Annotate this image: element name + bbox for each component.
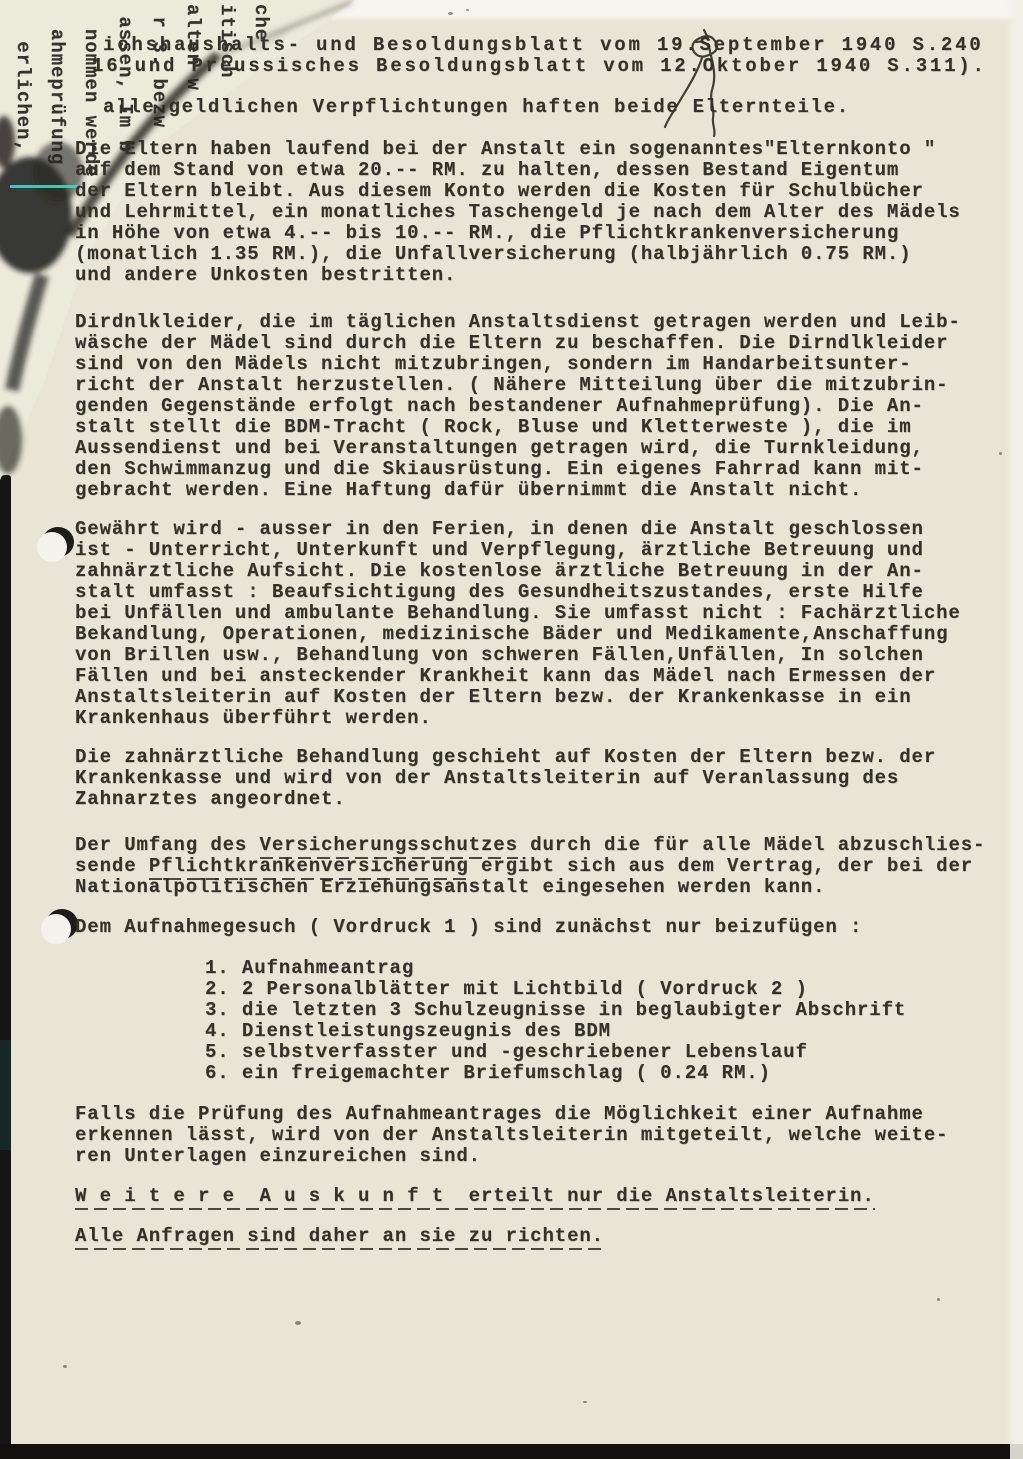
paper-speck — [999, 452, 1002, 455]
text-line: ist - Unterricht, Unterkunft und Verpfle… — [75, 540, 961, 561]
text-line: Der Umfang des Versicherungsschutzes dur… — [75, 835, 985, 856]
text-line: gebracht werden. Eine Haftung dafür über… — [75, 480, 961, 501]
list-item: 5. selbstverfasster und -geschriebener L… — [205, 1042, 906, 1063]
text-line: Alle Anfragen sind daher an sie zu richt… — [75, 1226, 604, 1247]
text-line: sind von den Mädels nicht mitzubringen, … — [75, 354, 961, 375]
paragraph-elternkonto: Die Eltern haben laufend bei der Anstalt… — [75, 139, 961, 286]
text-line: erkennen lässt, wird von der Anstaltslei… — [75, 1125, 948, 1146]
text-line: Bekandlung, Operationen, medizinische Bä… — [75, 624, 961, 645]
underlined-sentence: Alle Anfragen sind daher an sie zu richt… — [75, 1225, 604, 1250]
paragraph-zahnarzt: Die zahnärztliche Behandlung geschieht a… — [75, 747, 936, 810]
text-segment: sende — [75, 855, 149, 877]
text-line: genden Gegenstände erfolgt nach bestande… — [75, 396, 961, 417]
closing-auskunft: W e i t e r e A u s k u n f t erteilt nu… — [75, 1186, 875, 1207]
text-line: zahnärztliche Aufsicht. Die kostenlose ä… — [75, 561, 961, 582]
list-item: 2. 2 Personalblätter mit Lichtbild ( Vor… — [205, 979, 906, 1000]
teal-scan-artifact — [10, 185, 78, 188]
paper-speck — [583, 1401, 587, 1403]
text-line: Die zahnärztliche Behandlung geschieht a… — [75, 747, 936, 768]
text-line: Krankenhaus überführt werden. — [75, 708, 961, 729]
list-item: 1. Aufnahmeantrag — [205, 958, 906, 979]
text-line: Anstaltsleiterin auf Kosten der Eltern b… — [75, 687, 961, 708]
paper-speck — [295, 1321, 301, 1325]
text-line: W e i t e r e A u s k u n f t erteilt nu… — [75, 1186, 875, 1207]
text-segment: Der Umfang des — [75, 834, 260, 856]
punch-hole — [41, 914, 71, 944]
text-line: (monatlich 1.35 RM.), die Unfallversiche… — [75, 244, 961, 265]
text-line: und andere Unkosten bestritten. — [75, 265, 961, 286]
text-line: richt der Anstalt herzustellen. ( Nähere… — [75, 375, 961, 396]
closing-anfragen: Alle Anfragen sind daher an sie zu richt… — [75, 1226, 604, 1247]
text-line: ren Unterlagen einzureichen sind. — [75, 1146, 948, 1167]
paper-speck — [448, 12, 453, 15]
underlined-sentence: W e i t e r e A u s k u n f t erteilt nu… — [75, 1185, 875, 1210]
scan-edge-bottom — [0, 1444, 1010, 1459]
scan-edge-right — [1006, 0, 1023, 1459]
text-line: wäsche der Mädel sind durch die Eltern z… — [75, 333, 961, 354]
text-line: von Brillen usw., Behandlung von schwere… — [75, 645, 961, 666]
aufnahme-intro: Dem Aufnahmegesuch ( Vordruck 1 ) sind z… — [75, 917, 862, 938]
text-line: bei Unfällen und ambulante Behandlung. S… — [75, 603, 961, 624]
scan-edge-top-band — [332, 0, 1023, 22]
scan-corner-bottom-right — [1010, 1444, 1023, 1459]
fold-fragment: erlichen, — [6, 4, 40, 504]
liability-line: alle geldlichen Verpflichtungen haften b… — [75, 97, 850, 118]
aufnahme-list: 1. Aufnahmeantrag 2. 2 Personalblätter m… — [205, 958, 906, 1084]
text-line: ichshaushalts- und Besoldungsblatt vom 1… — [75, 35, 987, 56]
text-line: Die Eltern haben laufend bei der Anstalt… — [75, 139, 961, 160]
text-line: Nationalpolitischen Erziehungsanstalt ei… — [75, 877, 985, 898]
text-line: auf dem Stand von etwa 20.-- RM. zu halt… — [75, 160, 961, 181]
text-line: in Höhe von etwa 4.-- bis 10.-- RM., die… — [75, 223, 961, 244]
list-item: 6. ein freigemachter Briefumschlag ( 0.2… — [205, 1063, 906, 1084]
scan-edge-left-tint — [0, 1040, 11, 1150]
scan-edge-left — [0, 475, 11, 1459]
text-line: der Eltern bleibt. Aus diesem Konto werd… — [75, 181, 961, 202]
text-line: 16 und Preussisches Besoldungsblatt vom … — [75, 56, 987, 77]
paragraph-kleidung: Dirdnlkleider, die im täglichen Anstalts… — [75, 312, 961, 501]
text-line: Falls die Prüfung des Aufnahmeantrages d… — [75, 1104, 948, 1125]
text-segment: durch die für alle Mädel abzuschlies- — [518, 834, 985, 856]
text-segment: ergibt sich aus dem Vertrag, der bei der — [469, 855, 973, 877]
text-line: sende Pflichtkrankenversicherung ergibt … — [75, 856, 985, 877]
text-line: Krankenkasse und wird von der Anstaltsle… — [75, 768, 936, 789]
paragraph-versicherung: Der Umfang des Versicherungsschutzes dur… — [75, 835, 985, 898]
text-line: Dem Aufnahmegesuch ( Vordruck 1 ) sind z… — [75, 917, 862, 938]
text-line: Dirdnlkleider, die im täglichen Anstalts… — [75, 312, 961, 333]
punch-hole — [37, 532, 67, 562]
paper-speck — [466, 9, 469, 11]
text-line: Aussendienst und bei Veranstaltungen get… — [75, 438, 961, 459]
paper-speck — [937, 1298, 940, 1301]
text-line: und Lehrmittel, ein monatliches Tascheng… — [75, 202, 961, 223]
text-line: Gewährt wird - ausser in den Ferien, in … — [75, 519, 961, 540]
text-line: stalt umfasst : Beaufsichtigung des Gesu… — [75, 582, 961, 603]
scanned-document-page: che itisch alten w r 3. bezw assen, Im b… — [0, 0, 1023, 1459]
paper-speck — [63, 1365, 67, 1368]
text-line: Zahnarztes angeordnet. — [75, 789, 936, 810]
text-line: Fällen und bei ansteckender Krankheit ka… — [75, 666, 961, 687]
header-reference-lines: ichshaushalts- und Besoldungsblatt vom 1… — [75, 35, 987, 77]
fold-fragment: ahmeprüfung — [40, 4, 74, 504]
list-item: 3. die letzten 3 Schulzeugnisse in begla… — [205, 1000, 906, 1021]
list-item: 4. Dienstleistungszeugnis des BDM — [205, 1021, 906, 1042]
paragraph-pruefung: Falls die Prüfung des Aufnahmeantrages d… — [75, 1104, 948, 1167]
text-line: stalt stellt die BDM-Tracht ( Rock, Blus… — [75, 417, 961, 438]
text-line: den Schwimmanzug und die Skiausrüstung. … — [75, 459, 961, 480]
text-line: alle geldlichen Verpflichtungen haften b… — [75, 97, 850, 118]
paragraph-leistungen: Gewährt wird - ausser in den Ferien, in … — [75, 519, 961, 729]
